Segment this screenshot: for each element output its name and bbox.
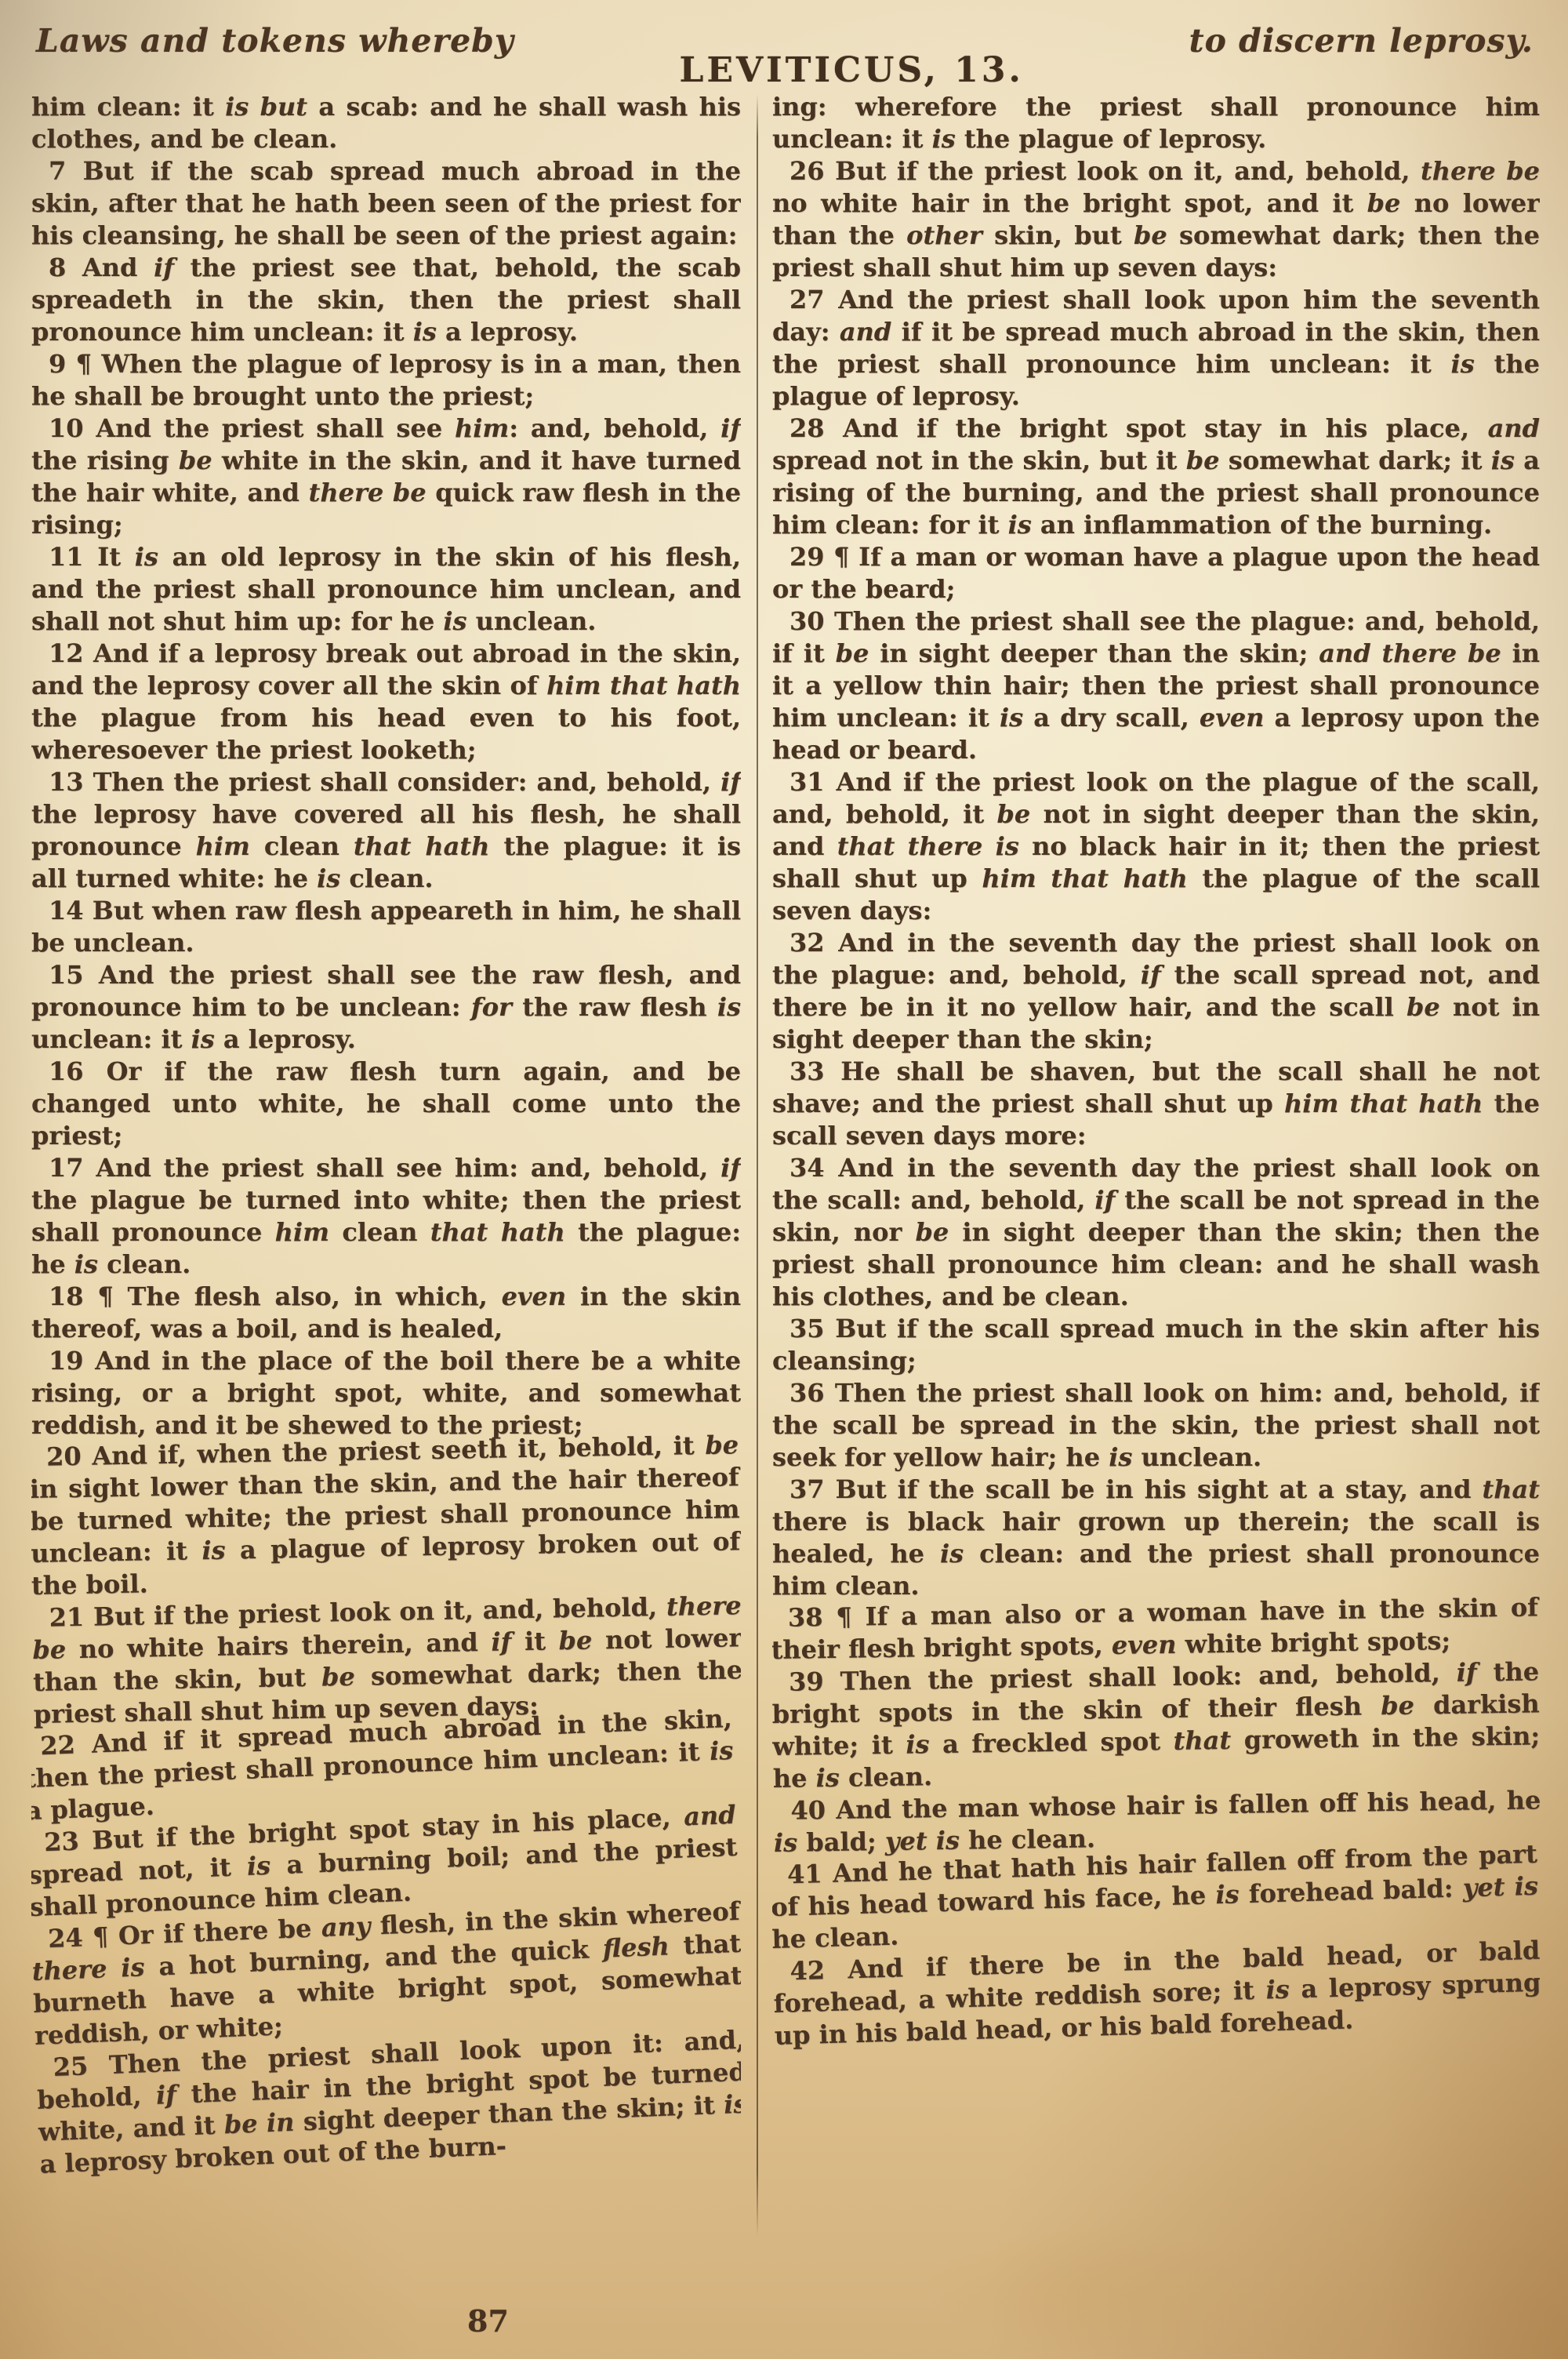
verse-37: 37 But if the scall be in his sight at a… (772, 1474, 1540, 1602)
verse-7: 7 But if the scab spread much abroad in … (31, 155, 741, 252)
verse-number: 18 (49, 1281, 84, 1311)
column-divider-rule (757, 94, 758, 2237)
verse-35: 35 But if the scall spread much in the s… (772, 1313, 1540, 1377)
verse-20: 20 And if, when the priest seeth it, beh… (31, 1429, 741, 1602)
page-curl-block: 38 ¶ If a man also or a woman have in th… (772, 1591, 1540, 1859)
verse-number: 24 (47, 1922, 83, 1954)
scripture-text-block: him clean: it is but a scab: and he shal… (31, 91, 1540, 2284)
verse-15: 15 And the priest shall see the raw fles… (31, 959, 741, 1056)
running-head: Laws and tokens whereby LEVITICUS, 13. t… (36, 22, 1534, 72)
verse-number: 19 (49, 1346, 84, 1376)
verse-number: 33 (789, 1056, 825, 1086)
verse-33: 33 He shall be shaven, but the scall sha… (772, 1056, 1540, 1152)
page-curl-block: 22 And if it spread much abroad in the s… (31, 1703, 741, 2181)
verse-number: 10 (49, 413, 84, 443)
verse-31: 31 And if the priest look on the plague … (772, 766, 1540, 927)
verse-number: 36 (789, 1378, 825, 1408)
left-column: him clean: it is but a scab: and he shal… (31, 91, 741, 2284)
verse-number: 7 (49, 156, 66, 186)
verse-number: 40 (790, 1795, 826, 1826)
verse-34: 34 And in the seventh day the priest sha… (772, 1152, 1540, 1313)
right-column: ing: wherefore the priest shall pronounc… (772, 91, 1540, 2284)
verse-39: 39 Then the priest shall look: and, beho… (772, 1656, 1540, 1795)
verse-number: 9 (49, 349, 66, 379)
verse-continuation: ing: wherefore the priest shall pronounc… (772, 91, 1540, 155)
verse-number: 41 (787, 1859, 823, 1889)
verse-number: 13 (49, 767, 84, 797)
running-head-right: to discern leprosy. (1189, 22, 1534, 60)
verse-number: 11 (49, 542, 84, 572)
book-chapter-title: LEVITICUS, 13. (514, 50, 1189, 90)
verse-number: 8 (49, 253, 66, 282)
verse-number: 30 (789, 606, 825, 636)
verse-32: 32 And in the seventh day the priest sha… (772, 927, 1540, 1056)
verse-number: 12 (49, 638, 84, 668)
verse-number: 35 (789, 1314, 825, 1343)
verse-number: 32 (789, 928, 825, 958)
page-number: 87 (467, 2303, 509, 2339)
verse-number: 28 (789, 413, 825, 443)
verse-number: 37 (789, 1474, 825, 1504)
verse-number: 34 (789, 1153, 825, 1183)
verse-9: 9 ¶ When the plague of leprosy is in a m… (31, 348, 741, 413)
verse-16: 16 Or if the raw flesh turn again, and b… (31, 1056, 741, 1152)
verse-26: 26 But if the priest look on it, and, be… (772, 155, 1540, 284)
verse-number: 25 (53, 2051, 89, 2082)
verse-27: 27 And the priest shall look upon him th… (772, 284, 1540, 413)
verse-29: 29 ¶ If a man or woman have a plague upo… (772, 541, 1540, 605)
verse-number: 22 (40, 1730, 76, 1761)
verse-8: 8 And if the priest see that, behold, th… (31, 252, 741, 348)
verse-number: 23 (43, 1826, 79, 1857)
running-head-left: Laws and tokens whereby (36, 22, 514, 60)
scanned-bible-page: Laws and tokens whereby LEVITICUS, 13. t… (0, 0, 1568, 2359)
page-curl-block: 41 And he that hath his hair fallen off … (772, 1838, 1540, 2052)
verse-19: 19 And in the place of the boil there be… (31, 1345, 741, 1441)
verse-12: 12 And if a leprosy break out abroad in … (31, 638, 741, 766)
verse-number: 42 (789, 1955, 826, 1986)
verse-number: 26 (789, 156, 825, 186)
verse-number: 39 (789, 1667, 824, 1697)
verse-13: 13 Then the priest shall consider: and, … (31, 766, 741, 895)
verse-11: 11 It is an old leprosy in the skin of h… (31, 541, 741, 638)
verse-28: 28 And if the bright spot stay in his pl… (772, 413, 1540, 541)
verse-continuation: him clean: it is but a scab: and he shal… (31, 91, 741, 155)
verse-25: 25 Then the priest shall look upon it: a… (35, 2024, 741, 2181)
verse-17: 17 And the priest shall see him: and, be… (31, 1152, 741, 1281)
verse-10: 10 And the priest shall see him: and, be… (31, 413, 741, 541)
verse-number: 21 (49, 1602, 84, 1633)
verse-number: 29 (789, 542, 825, 572)
verse-18: 18 ¶ The flesh also, in which, even in t… (31, 1281, 741, 1345)
verse-number: 15 (49, 960, 84, 990)
verse-number: 17 (49, 1153, 84, 1183)
verse-38: 38 ¶ If a man also or a woman have in th… (772, 1591, 1539, 1667)
page-curl-block: 20 And if, when the priest seeth it, beh… (31, 1429, 741, 1731)
verse-number: 14 (49, 896, 84, 925)
verse-number: 38 (788, 1602, 823, 1633)
verse-number: 27 (789, 285, 825, 314)
verse-number: 20 (46, 1441, 82, 1472)
verse-number: 16 (49, 1056, 84, 1086)
verse-14: 14 But when raw flesh appeareth in him, … (31, 895, 741, 959)
verse-number: 31 (789, 767, 825, 797)
verse-36: 36 Then the priest shall look on him: an… (772, 1377, 1540, 1474)
verse-42: 42 And if there be in the bald head, or … (772, 1935, 1540, 2052)
verse-30: 30 Then the priest shall see the plague:… (772, 605, 1540, 766)
